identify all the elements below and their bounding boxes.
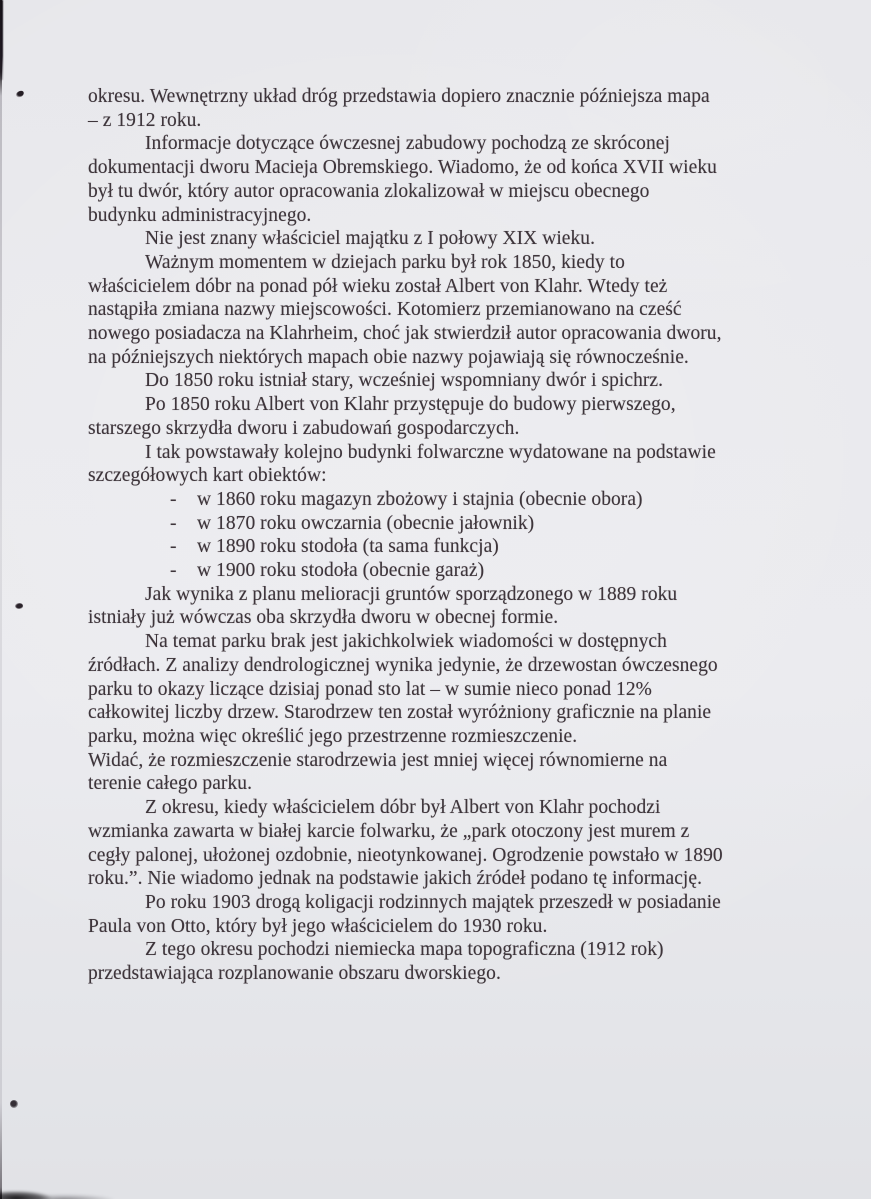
text-line: -w 1890 roku stodoła (ta sama funkcja)	[88, 535, 818, 559]
text-line: starszego skrzydła dworu i zabudowań gos…	[88, 417, 818, 441]
document-text: okresu. Wewnętrzny układ dróg przedstawi…	[88, 85, 818, 986]
text-line: Jak wynika z planu melioracji gruntów sp…	[88, 583, 818, 607]
text-line: okresu. Wewnętrzny układ dróg przedstawi…	[88, 85, 818, 109]
text-line: Paula von Otto, który był jego właścicie…	[88, 915, 818, 939]
text-line: wzmianka zawarta w białej karcie folwark…	[88, 820, 818, 844]
text-line: roku.”. Nie wiadomo jednak na podstawie …	[88, 867, 818, 891]
text-line: I tak powstawały kolejno budynki folwarc…	[88, 441, 818, 465]
scan-speck-bottom	[10, 1100, 18, 1108]
text-line: dokumentacji dworu Macieja Obremskiego. …	[88, 156, 818, 180]
text-line: przedstawiająca rozplanowanie obszaru dw…	[88, 962, 818, 986]
bullet-dash: -	[170, 488, 197, 512]
text-line: Informacje dotyczące ówczesnej zabudowy …	[88, 132, 818, 156]
text-line: Na temat parku brak jest jakichkolwiek w…	[88, 630, 818, 654]
bullet-dash: -	[170, 559, 197, 583]
text-line: Z tego okresu pochodzi niemiecka mapa to…	[88, 938, 818, 962]
text-line: -w 1870 roku owczarnia (obecnie jałownik…	[88, 512, 818, 536]
text-line: źródłach. Z analizy dendrologicznej wyni…	[88, 654, 818, 678]
bullet-text: w 1870 roku owczarnia (obecnie jałownik)	[197, 513, 534, 534]
scan-bottom-left-smudge	[0, 1186, 114, 1199]
text-line: budynku administracyjnego.	[88, 204, 818, 228]
text-line: szczegółowych kart obiektów:	[88, 464, 818, 488]
text-line: parku, można więc określić jego przestrz…	[88, 725, 818, 749]
scanned-page: okresu. Wewnętrzny układ dróg przedstawi…	[0, 0, 871, 1199]
text-line: istniały już wówczas oba skrzydła dworu …	[88, 606, 818, 630]
text-line: Po roku 1903 drogą koligacji rodzinnych …	[88, 891, 818, 915]
text-line: Ważnym momentem w dziejach parku był rok…	[88, 251, 818, 275]
text-line: nastąpiła zmiana nazwy miejscowości. Kot…	[88, 298, 818, 322]
bullet-text: w 1900 roku stodoła (obecnie garaż)	[197, 560, 484, 581]
text-line: parku to okazy liczące dzisiaj ponad sto…	[88, 678, 818, 702]
text-line: całkowitej liczby drzew. Starodrzew ten …	[88, 701, 818, 725]
text-line: Po 1850 roku Albert von Klahr przystępuj…	[88, 393, 818, 417]
scan-left-edge-line	[0, 0, 2, 1199]
text-line: Widać, że rozmieszczenie starodrzewia je…	[88, 749, 818, 773]
text-line: Do 1850 roku istniał stary, wcześniej ws…	[88, 369, 818, 393]
scan-speck-middle	[14, 602, 23, 610]
scan-left-edge-dark-strip	[0, 0, 3, 80]
text-line: terenie całego parku.	[88, 772, 818, 796]
text-line: Z okresu, kiedy właścicielem dóbr był Al…	[88, 796, 818, 820]
bullet-dash: -	[170, 512, 197, 536]
text-line: właścicielem dóbr na ponad pół wieku zos…	[88, 275, 818, 299]
bullet-text: w 1860 roku magazyn zbożowy i stajnia (o…	[197, 489, 643, 510]
text-line: cegły palonej, ułożonej ozdobnie, nieoty…	[88, 844, 818, 868]
bullet-text: w 1890 roku stodoła (ta sama funkcja)	[197, 536, 499, 557]
scan-speck-top	[15, 90, 24, 98]
text-line: Nie jest znany właściciel majątku z I po…	[88, 227, 818, 251]
text-line: był tu dwór, który autor opracowania zlo…	[88, 180, 818, 204]
text-line: na późniejszych niektórych mapach obie n…	[88, 346, 818, 370]
text-line: -w 1900 roku stodoła (obecnie garaż)	[88, 559, 818, 583]
text-line: -w 1860 roku magazyn zbożowy i stajnia (…	[88, 488, 818, 512]
text-line: – z 1912 roku.	[88, 109, 818, 133]
text-line: nowego posiadacza na Klahrheim, choć jak…	[88, 322, 818, 346]
bullet-dash: -	[170, 535, 197, 559]
